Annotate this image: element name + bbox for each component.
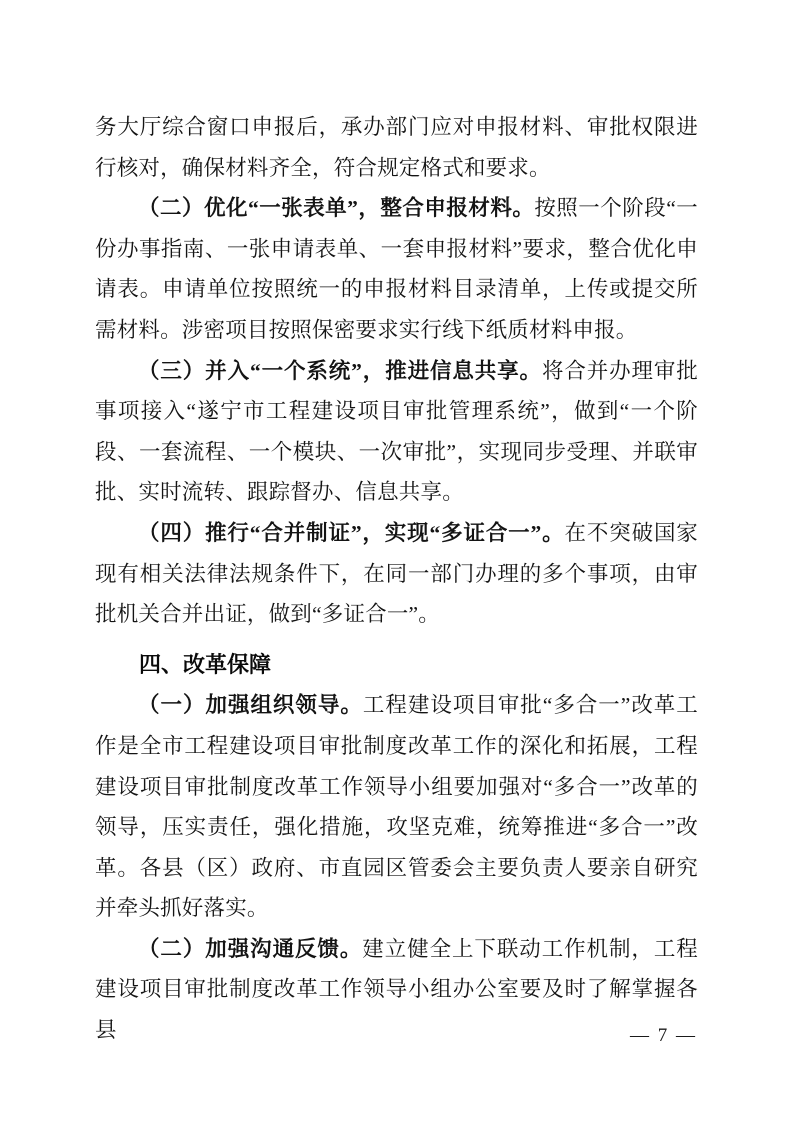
paragraph-item-4: （四）推行“合并制证”，实现“多证合一”。在不突破国家现有相关法律法规条件下，在… (95, 513, 698, 635)
paragraph-continuation: 务大厅综合窗口申报后，承办部门应对申报材料、审批权限进行核对，确保材料齐全，符合… (95, 107, 698, 188)
document-page: 务大厅综合窗口申报后，承办部门应对申报材料、审批权限进行核对，确保材料齐全，符合… (0, 0, 793, 1122)
paragraph-item-3: （三）并入“一个系统”，推进信息共享。将合并办理审批事项接入“遂宁市工程建设项目… (95, 351, 698, 513)
document-body: 务大厅综合窗口申报后，承办部门应对申报材料、审批权限进行核对，确保材料齐全，符合… (95, 107, 698, 1051)
section-heading: 四、改革保障 (95, 645, 698, 686)
paragraph-lead: （二）加强沟通反馈。 (138, 937, 362, 961)
page-number: — 7 — (630, 1024, 697, 1048)
paragraph-lead: （四）推行“合并制证”，实现“多证合一”。 (138, 521, 565, 545)
paragraph-text: 务大厅综合窗口申报后，承办部门应对申报材料、审批权限进行核对，确保材料齐全，符合… (95, 115, 698, 180)
paragraph-text: 工程建设项目审批“多合一”改革工作是全市工程建设项目审批制度改革工作的深化和拓展… (95, 693, 698, 920)
paragraph-item-after-1: （一）加强组织领导。工程建设项目审批“多合一”改革工作是全市工程建设项目审批制度… (95, 685, 698, 929)
paragraph-item-2: （二）优化“一张表单”，整合申报材料。按照一个阶段“一份办事指南、一张申请表单、… (95, 188, 698, 350)
paragraph-lead: （二）优化“一张表单”，整合申报材料。 (138, 196, 534, 220)
paragraph-lead: （三）并入“一个系统”，推进信息共享。 (138, 359, 542, 383)
paragraph-item-after-2: （二）加强沟通反馈。建立健全上下联动工作机制，工程建设项目审批制度改革工作领导小… (95, 929, 698, 1051)
paragraph-lead: （一）加强组织领导。 (138, 693, 363, 717)
